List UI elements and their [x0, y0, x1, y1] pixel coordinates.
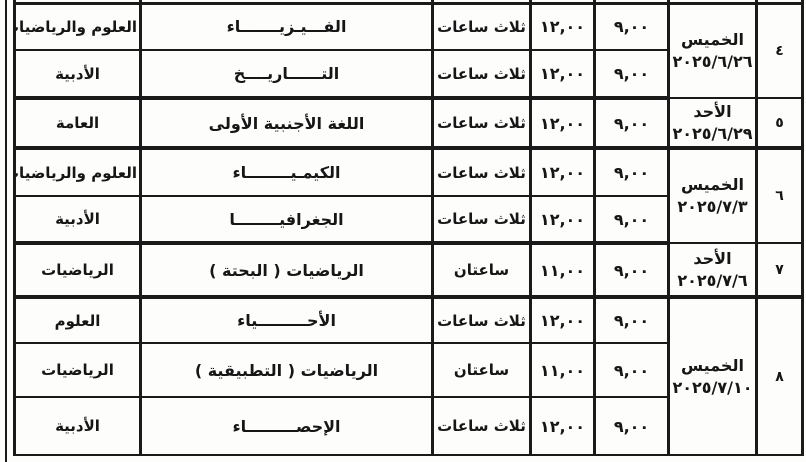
row-number-cell: ٧ [757, 243, 803, 297]
date-value: ٢٠٢٥/٧/١٠ [672, 377, 753, 399]
date-cell: الأحد ٢٠٢٥/٦/٢٩ [669, 98, 757, 148]
start-time-cell: ٩,٠٠ [595, 343, 669, 397]
duration-cell: ثلاث ساعات [433, 397, 531, 455]
branch-cell: الرياضيات [15, 243, 141, 297]
branch-cell: العامة [15, 98, 141, 148]
duration-cell: ثلاث ساعات [433, 3, 531, 50]
exam-row: ٨ الخميس ٢٠٢٥/٧/١٠ ٩,٠٠ ١٢,٠٠ ثلاث ساعات… [15, 297, 803, 343]
branch-cell: الأدبية [15, 397, 141, 455]
date-value: ٢٠٢٥/٧/٦ [672, 270, 753, 292]
date-cell: الخميس ٢٠٢٥/٧/٣ [669, 148, 757, 243]
branch-cell: العلوم [15, 297, 141, 343]
day-name: الأحد [672, 101, 753, 123]
scanned-exam-schedule-page: ٤ الخميس ٢٠٢٥/٦/٢٦ ٩,٠٠ ١٢,٠٠ ثلاث ساعات… [0, 0, 806, 462]
end-time-cell: ١١,٠٠ [531, 243, 595, 297]
branch-cell: العلوم والرياضيات [15, 3, 141, 50]
start-time-cell: ٩,٠٠ [595, 50, 669, 98]
subject-cell: الفـــيـزيـــــــاء [141, 3, 433, 50]
end-time-cell: ١٢,٠٠ [531, 98, 595, 148]
duration-cell: ثلاث ساعات [433, 50, 531, 98]
start-time-cell: ٩,٠٠ [595, 196, 669, 243]
end-time-cell: ١٢,٠٠ [531, 297, 595, 343]
day-name: الخميس [672, 174, 753, 196]
exam-schedule-table: ٤ الخميس ٢٠٢٥/٦/٢٦ ٩,٠٠ ١٢,٠٠ ثلاث ساعات… [13, 0, 804, 456]
end-time-cell: ١١,٠٠ [531, 343, 595, 397]
duration-cell: ثلاث ساعات [433, 98, 531, 148]
end-time-cell: ١٢,٠٠ [531, 148, 595, 196]
branch-cell: الأدبية [15, 50, 141, 98]
subject-cell: الرياضيات ( التطبيقية ) [141, 343, 433, 397]
exam-row: ٥ الأحد ٢٠٢٥/٦/٢٩ ٩,٠٠ ١٢,٠٠ ثلاث ساعات … [15, 98, 803, 148]
row-number-cell: ٤ [757, 3, 803, 98]
branch-cell: العلوم والرياضيات [15, 148, 141, 196]
date-cell: الأحد ٢٠٢٥/٧/٦ [669, 243, 757, 297]
end-time-cell: ١٢,٠٠ [531, 3, 595, 50]
start-time-cell: ٩,٠٠ [595, 297, 669, 343]
subject-cell: الأحـــــــــياء [141, 297, 433, 343]
date-cell: الخميس ٢٠٢٥/٧/١٠ [669, 297, 757, 455]
day-name: الخميس [672, 355, 753, 377]
duration-cell: ساعتان [433, 243, 531, 297]
subject-cell: الرياضيات ( البحتة ) [141, 243, 433, 297]
duration-cell: ثلاث ساعات [433, 297, 531, 343]
exam-row: ٧ الأحد ٢٠٢٥/٧/٦ ٩,٠٠ ١١,٠٠ ساعتان الريا… [15, 243, 803, 297]
start-time-cell: ٩,٠٠ [595, 243, 669, 297]
exam-row: ٦ الخميس ٢٠٢٥/٧/٣ ٩,٠٠ ١٢,٠٠ ثلاث ساعات … [15, 148, 803, 196]
start-time-cell: ٩,٠٠ [595, 397, 669, 455]
subject-cell: اللغة الأجنبية الأولى [141, 98, 433, 148]
branch-cell: الأدبية [15, 196, 141, 243]
date-cell: الخميس ٢٠٢٥/٦/٢٦ [669, 3, 757, 98]
sheet-outer-border-line [5, 0, 7, 462]
row-number-cell: ٨ [757, 297, 803, 455]
branch-cell: الرياضيات [15, 343, 141, 397]
duration-cell: ثلاث ساعات [433, 196, 531, 243]
start-time-cell: ٩,٠٠ [595, 98, 669, 148]
duration-cell: ساعتان [433, 343, 531, 397]
row-number-cell: ٦ [757, 148, 803, 243]
start-time-cell: ٩,٠٠ [595, 148, 669, 196]
day-name: الأحد [672, 248, 753, 270]
end-time-cell: ١٢,٠٠ [531, 196, 595, 243]
subject-cell: التــــــاريــــخ [141, 50, 433, 98]
duration-cell: ثلاث ساعات [433, 148, 531, 196]
date-value: ٢٠٢٥/٦/٢٩ [672, 123, 753, 145]
date-value: ٢٠٢٥/٦/٢٦ [672, 51, 753, 73]
end-time-cell: ١٢,٠٠ [531, 397, 595, 455]
day-name: الخميس [672, 29, 753, 51]
subject-cell: الكيمـيــــــــاء [141, 148, 433, 196]
exam-row: ٤ الخميس ٢٠٢٥/٦/٢٦ ٩,٠٠ ١٢,٠٠ ثلاث ساعات… [15, 3, 803, 50]
subject-cell: الإحصـــــــــاء [141, 397, 433, 455]
end-time-cell: ١٢,٠٠ [531, 50, 595, 98]
start-time-cell: ٩,٠٠ [595, 3, 669, 50]
subject-cell: الجغرافيــــــــا [141, 196, 433, 243]
date-value: ٢٠٢٥/٧/٣ [672, 196, 753, 218]
row-number-cell: ٥ [757, 98, 803, 148]
